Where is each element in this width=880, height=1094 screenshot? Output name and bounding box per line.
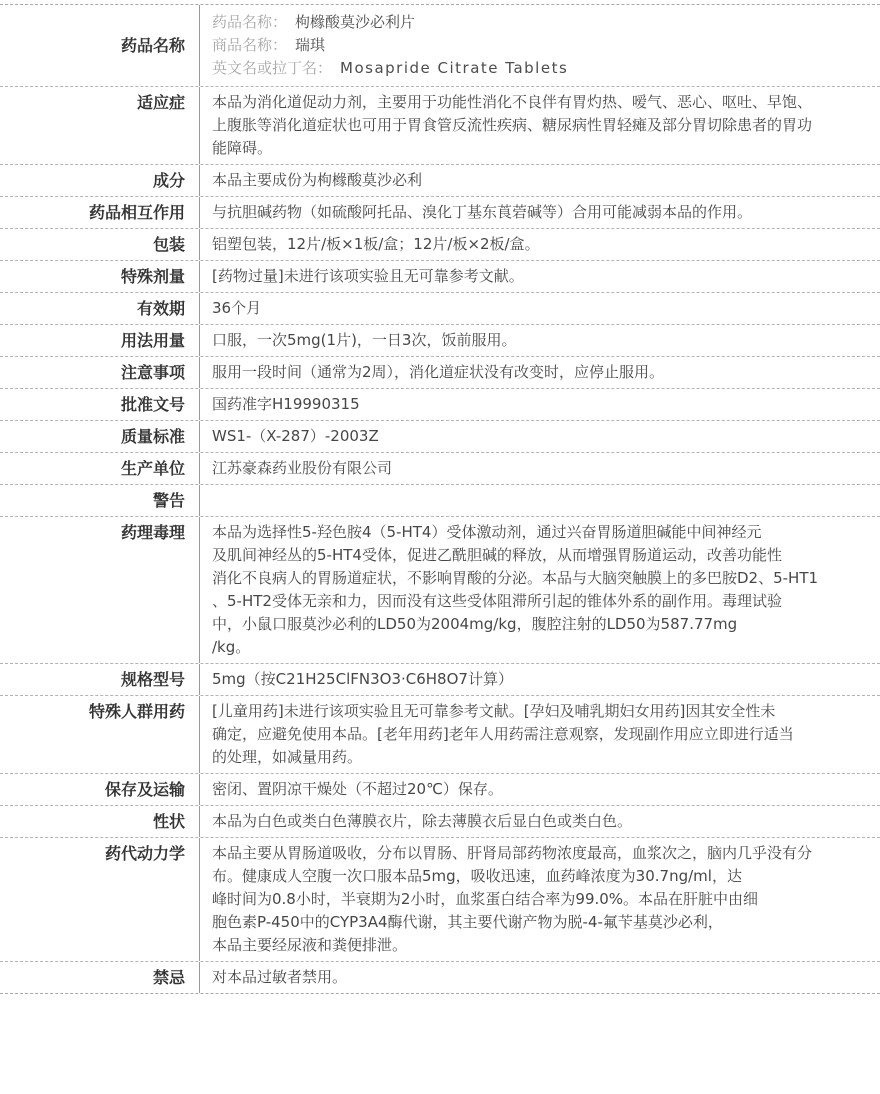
field-value: Mosapride Citrate Tablets	[340, 59, 568, 77]
row-shelf-life: 有效期 36个月	[0, 292, 880, 324]
row-special-populations: 特殊人群用药 [儿童用药]未进行该项实验且无可靠参考文献。[孕妇及哺乳期妇女用药…	[0, 695, 880, 773]
row-label: 保存及运输	[0, 774, 200, 805]
field-key: 英文名或拉丁名：	[212, 59, 332, 77]
row-value: 36个月	[200, 293, 880, 324]
row-label: 成分	[0, 165, 200, 196]
row-indications: 适应症 本品为消化道促动力剂，主要用于功能性消化不良伴有胃灼热、嗳气、恶心、呕吐…	[0, 86, 880, 164]
row-packaging: 包装 铝塑包装，12片/板×1板/盒；12片/板×2板/盒。	[0, 228, 880, 260]
row-value: 江苏豪森药业股份有限公司	[200, 453, 880, 484]
row-usage-dosage: 用法用量 口服，一次5mg(1片)，一日3次，饭前服用。	[0, 324, 880, 356]
row-value: 本品主要成份为枸橼酸莫沙必利	[200, 165, 880, 196]
row-ingredients: 成分 本品主要成份为枸橼酸莫沙必利	[0, 164, 880, 196]
row-label: 药理毒理	[0, 517, 200, 663]
field-key: 商品名称：	[212, 36, 287, 54]
row-label: 包装	[0, 229, 200, 260]
bottom-whitespace	[0, 994, 880, 1094]
row-pharmacology-toxicology: 药理毒理 本品为选择性5-羟色胺4（5-HT4）受体激动剂，通过兴奋胃肠道胆碱能…	[0, 516, 880, 663]
row-value: 对本品过敏者禁用。	[200, 962, 880, 993]
row-label: 注意事项	[0, 357, 200, 388]
row-value: 铝塑包装，12片/板×1板/盒；12片/板×2板/盒。	[200, 229, 880, 260]
row-label: 警告	[0, 485, 200, 516]
row-value: 口服，一次5mg(1片)，一日3次，饭前服用。	[200, 325, 880, 356]
row-label: 有效期	[0, 293, 200, 324]
row-label: 适应症	[0, 87, 200, 164]
row-warning: 警告	[0, 484, 880, 516]
row-value: 药品名称：枸橼酸莫沙必利片 商品名称：瑞琪 英文名或拉丁名：Mosapride …	[200, 5, 880, 86]
row-value: 本品主要从胃肠道吸收，分布以胃肠、肝肾局部药物浓度最高，血浆次之，脑内几乎没有分…	[200, 838, 880, 961]
row-label: 药品名称	[0, 5, 200, 86]
row-value	[200, 485, 880, 516]
row-value: WS1-（X-287）-2003Z	[200, 421, 880, 452]
row-drug-name: 药品名称 药品名称：枸橼酸莫沙必利片 商品名称：瑞琪 英文名或拉丁名：Mosap…	[0, 5, 880, 86]
row-label: 质量标准	[0, 421, 200, 452]
row-precautions: 注意事项 服用一段时间（通常为2周），消化道症状没有改变时，应停止服用。	[0, 356, 880, 388]
row-label: 批准文号	[0, 389, 200, 420]
drug-name-field: 药品名称：枸橼酸莫沙必利片	[212, 11, 868, 34]
row-label: 生产单位	[0, 453, 200, 484]
row-value: 服用一段时间（通常为2周），消化道症状没有改变时，应停止服用。	[200, 357, 880, 388]
field-value: 枸橼酸莫沙必利片	[295, 13, 415, 31]
row-description: 性状 本品为白色或类白色薄膜衣片，除去薄膜衣后显白色或类白色。	[0, 805, 880, 837]
row-quality-standard: 质量标准 WS1-（X-287）-2003Z	[0, 420, 880, 452]
field-value: 瑞琪	[295, 36, 325, 54]
row-label: 禁忌	[0, 962, 200, 993]
row-drug-interactions: 药品相互作用 与抗胆碱药物（如硫酸阿托品、溴化丁基东莨菪碱等）合用可能减弱本品的…	[0, 196, 880, 228]
row-storage-transport: 保存及运输 密闭、置阴凉干燥处（不超过20℃）保存。	[0, 773, 880, 805]
field-key: 药品名称：	[212, 13, 287, 31]
row-approval-number: 批准文号 国药准字H19990315	[0, 388, 880, 420]
row-special-dosage: 特殊剂量 [药物过量]未进行该项实验且无可靠参考文献。	[0, 260, 880, 292]
english-name-field: 英文名或拉丁名：Mosapride Citrate Tablets	[212, 57, 868, 80]
row-pharmacokinetics: 药代动力学 本品主要从胃肠道吸收，分布以胃肠、肝肾局部药物浓度最高，血浆次之，脑…	[0, 837, 880, 961]
row-contraindications: 禁忌 对本品过敏者禁用。	[0, 961, 880, 993]
row-label: 规格型号	[0, 664, 200, 695]
drug-info-table: 药品名称 药品名称：枸橼酸莫沙必利片 商品名称：瑞琪 英文名或拉丁名：Mosap…	[0, 4, 880, 994]
row-specification: 规格型号 5mg（按C21H25ClFN3O3·C6H8O7计算）	[0, 663, 880, 695]
row-value: 密闭、置阴凉干燥处（不超过20℃）保存。	[200, 774, 880, 805]
trade-name-field: 商品名称：瑞琪	[212, 34, 868, 57]
row-manufacturer: 生产单位 江苏豪森药业股份有限公司	[0, 452, 880, 484]
row-label: 性状	[0, 806, 200, 837]
row-label: 药代动力学	[0, 838, 200, 961]
row-value: 与抗胆碱药物（如硫酸阿托品、溴化丁基东莨菪碱等）合用可能减弱本品的作用。	[200, 197, 880, 228]
row-value: 5mg（按C21H25ClFN3O3·C6H8O7计算）	[200, 664, 880, 695]
row-value: [儿童用药]未进行该项实验且无可靠参考文献。[孕妇及哺乳期妇女用药]因其安全性未…	[200, 696, 880, 773]
row-label: 特殊剂量	[0, 261, 200, 292]
row-value: 本品为选择性5-羟色胺4（5-HT4）受体激动剂，通过兴奋胃肠道胆碱能中间神经元…	[200, 517, 880, 663]
row-label: 药品相互作用	[0, 197, 200, 228]
row-value: 本品为白色或类白色薄膜衣片，除去薄膜衣后显白色或类白色。	[200, 806, 880, 837]
row-value: [药物过量]未进行该项实验且无可靠参考文献。	[200, 261, 880, 292]
row-label: 用法用量	[0, 325, 200, 356]
row-value: 本品为消化道促动力剂，主要用于功能性消化不良伴有胃灼热、嗳气、恶心、呕吐、早饱、…	[200, 87, 880, 164]
row-value: 国药准字H19990315	[200, 389, 880, 420]
row-label: 特殊人群用药	[0, 696, 200, 773]
